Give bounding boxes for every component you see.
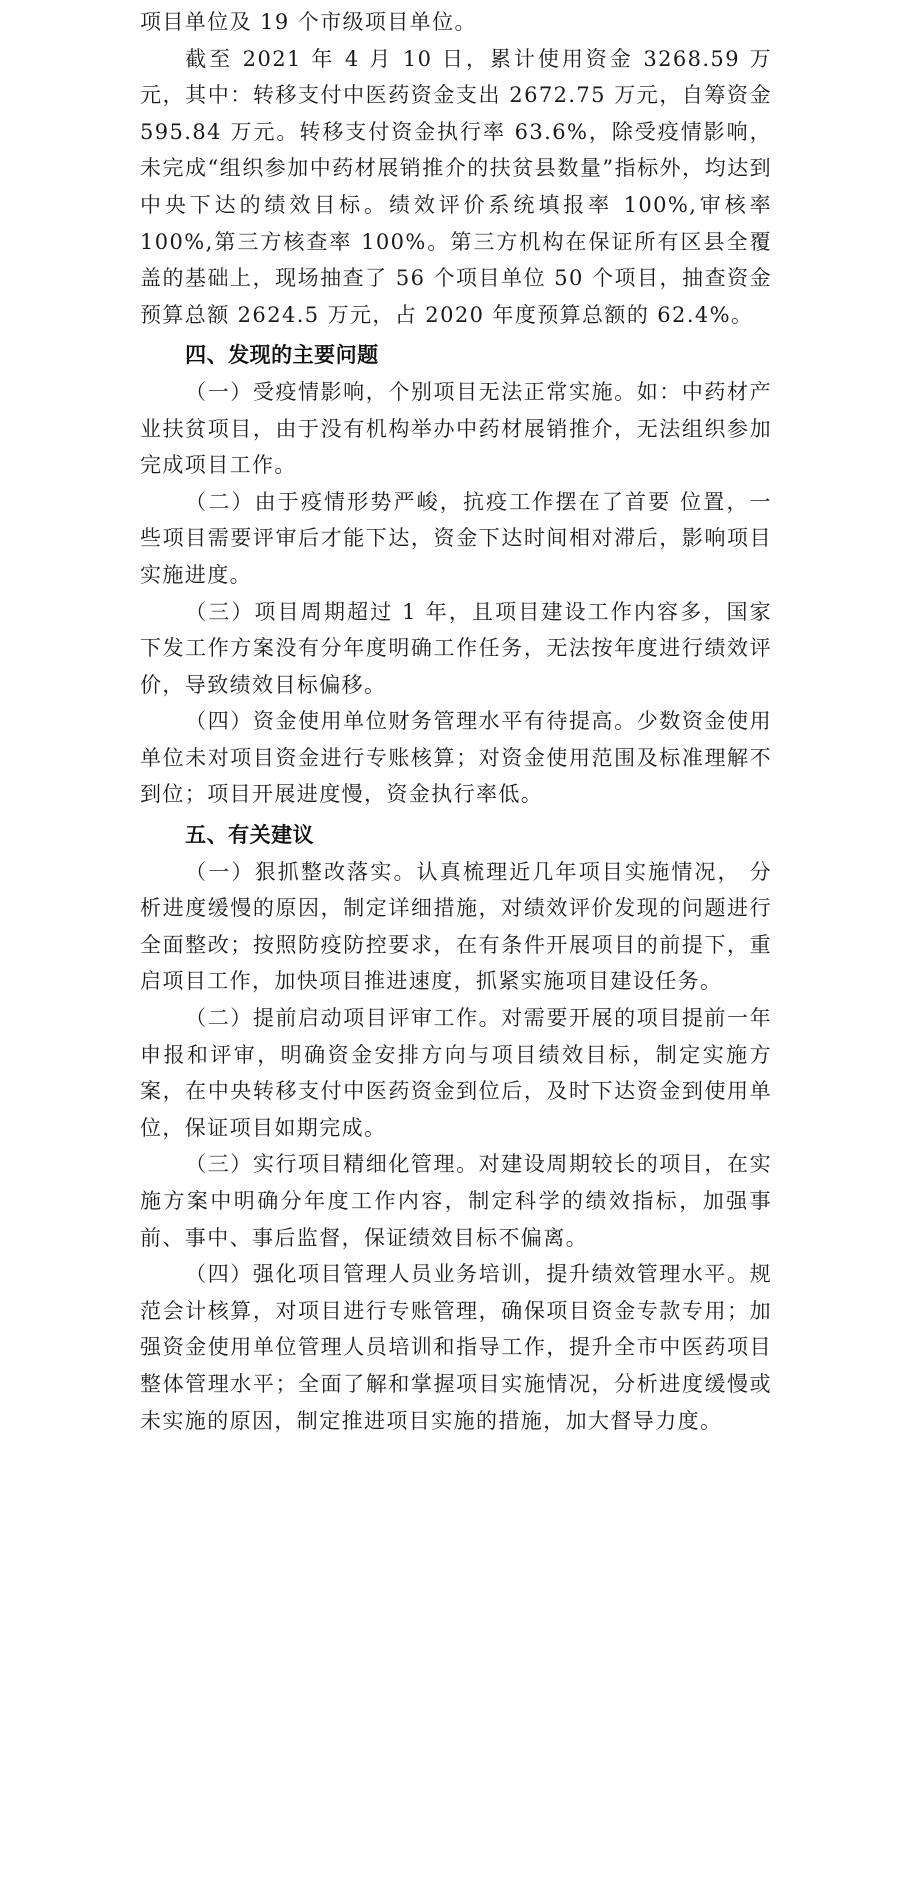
paragraph-continued: 项目单位及 19 个市级项目单位。 bbox=[140, 4, 772, 41]
section-heading-problems: 四、发现的主要问题 bbox=[140, 337, 772, 374]
paragraph-problem-2: （二）由于疫情形势严峻，抗疫工作摆在了首要 位置，一些项目需要评审后才能下达，资… bbox=[140, 484, 772, 594]
section-heading-suggestions: 五、有关建议 bbox=[140, 817, 772, 854]
paragraph-suggestion-2: （二）提前启动项目评审工作。对需要开展的项目提前一年申报和评审，明确资金安排方向… bbox=[140, 1000, 772, 1146]
paragraph-funding-summary: 截至 2021 年 4 月 10 日，累计使用资金 3268.59 万元，其中：… bbox=[140, 41, 772, 334]
document-page: 项目单位及 19 个市级项目单位。 截至 2021 年 4 月 10 日，累计使… bbox=[140, 4, 772, 1439]
paragraph-problem-4: （四）资金使用单位财务管理水平有待提高。少数资金使用单位未对项目资金进行专账核算… bbox=[140, 703, 772, 813]
paragraph-problem-3: （三）项目周期超过 1 年，且项目建设工作内容多，国家下发工作方案没有分年度明确… bbox=[140, 594, 772, 704]
paragraph-problem-1: （一）受疫情影响，个别项目无法正常实施。如：中药材产业扶贫项目，由于没有机构举办… bbox=[140, 374, 772, 484]
paragraph-suggestion-4: （四）强化项目管理人员业务培训，提升绩效管理水平。规范会计核算，对项目进行专账管… bbox=[140, 1256, 772, 1439]
paragraph-suggestion-3: （三）实行项目精细化管理。对建设周期较长的项目，在实施方案中明确分年度工作内容，… bbox=[140, 1146, 772, 1256]
paragraph-suggestion-1: （一）狠抓整改落实。认真梳理近几年项目实施情况， 分析进度缓慢的原因，制定详细措… bbox=[140, 854, 772, 1000]
